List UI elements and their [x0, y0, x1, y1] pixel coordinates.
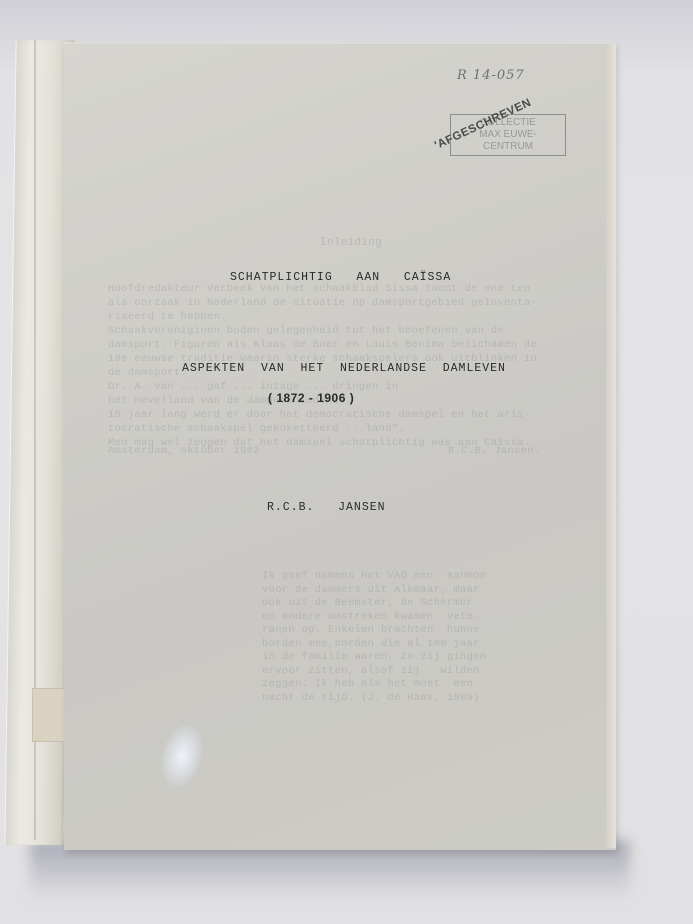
document-period: ( 1872 - 1906 )	[268, 391, 354, 405]
show-through-signoff-name: R.C.B. Jansen.	[448, 444, 540, 458]
show-through-signoff-date: Amsterdam, oktober 1982	[108, 444, 260, 458]
page-edge	[606, 44, 616, 848]
document-subtitle: ASPEKTEN VAN HET NEDERLANDSE DAMLEVEN	[182, 362, 506, 375]
handwritten-catalog-number: R 14-057	[457, 68, 525, 83]
document-author: R.C.B. JANSEN	[267, 501, 386, 514]
stamp-line-3: CENTRUM	[451, 141, 565, 153]
show-through-heading: Inleiding	[320, 236, 382, 250]
tape-patch	[32, 688, 66, 742]
document-title: SCHATPLICHTIG AAN CAÏSSA	[230, 271, 451, 284]
show-through-quote: Ik geef namens het VAD een aanmoe voor d…	[262, 570, 486, 705]
